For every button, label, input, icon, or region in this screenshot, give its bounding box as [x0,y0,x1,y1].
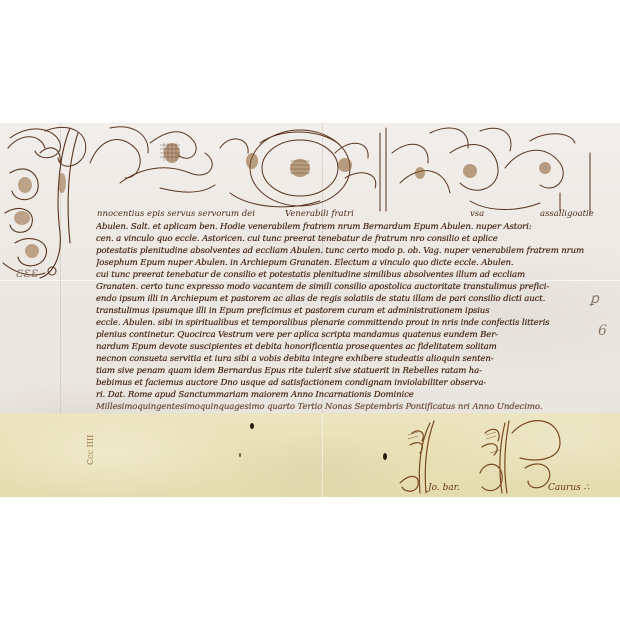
text-line: bebimus et faciemus auctore Dno usque ad… [96,377,596,389]
text-line: nardum Epum devote suscipientes et debit… [96,341,596,353]
heading-fragment-middle2: vsa [470,209,484,219]
text-line: necnon consueta servitia et iura sibi a … [96,353,596,365]
plica-fold-line [322,413,323,497]
ink-blot [250,423,254,429]
heading-fragment-left: nnocentius epis servus servorum dei [97,209,255,219]
ink-blot [239,453,241,457]
text-line: Josephum Epum nuper Abulen. in Archiepum… [96,257,596,269]
signature-left: Jo. bar. [428,483,460,493]
ink-blot [383,453,387,460]
ornamental-header-flourishes [0,123,620,213]
text-line: Granaten. certo tunc expresso modo vacan… [96,281,596,293]
text-line: eccle. Abulen. sibi in spiritualibus et … [96,317,596,329]
parchment-sheet: nnocentius epis servus servorum dei Vene… [0,123,620,497]
text-line: endo ipsum illi in Archiepum et pastorem… [96,293,596,305]
document-body-text: Abulen. Salt. et aplicam ben. Hodie vene… [96,221,596,413]
margin-note-right-upper: ꝑ [590,291,599,307]
text-line: Abulen. Salt. et aplicam ben. Hodie vene… [96,221,596,233]
text-line: plenius continetur. Quocirca Vestrum ver… [96,329,596,341]
ornamental-initial-letter [0,123,92,283]
manuscript-photo: nnocentius epis servus servorum dei Vene… [0,0,620,620]
signature-right: Caurus ∴ [548,483,589,493]
text-line: potestatis plenitudine absolventes ad ec… [96,245,596,257]
registry-mark: Ccc IIII [86,435,95,465]
text-line: ri. Dat. Rome apud Sanctummariam maiorem… [96,389,596,401]
text-line: cui tunc preerat tenebatur de consilio e… [96,269,596,281]
text-line: tiam sive penam quam idem Bernardus Epus… [96,365,596,377]
margin-note-right-lower: 6 [598,323,607,339]
plica-fold: Ccc IIII [0,413,620,497]
text-line: Millesimoquingentesimoquinquagesimo quar… [96,401,596,413]
heading-fragment-right: assalligoatie [540,209,594,219]
heading-fragment-middle: Venerabili fratri [285,209,354,219]
margin-note-left: ɛɛɛ [16,265,39,281]
heading-fragments: nnocentius epis servus servorum dei Vene… [0,209,620,221]
text-line: transtulimus ipsumque illi in Epum prefi… [96,305,596,317]
text-line: cen. a vinculo quo eccle. Astoricen. cui… [96,233,596,245]
